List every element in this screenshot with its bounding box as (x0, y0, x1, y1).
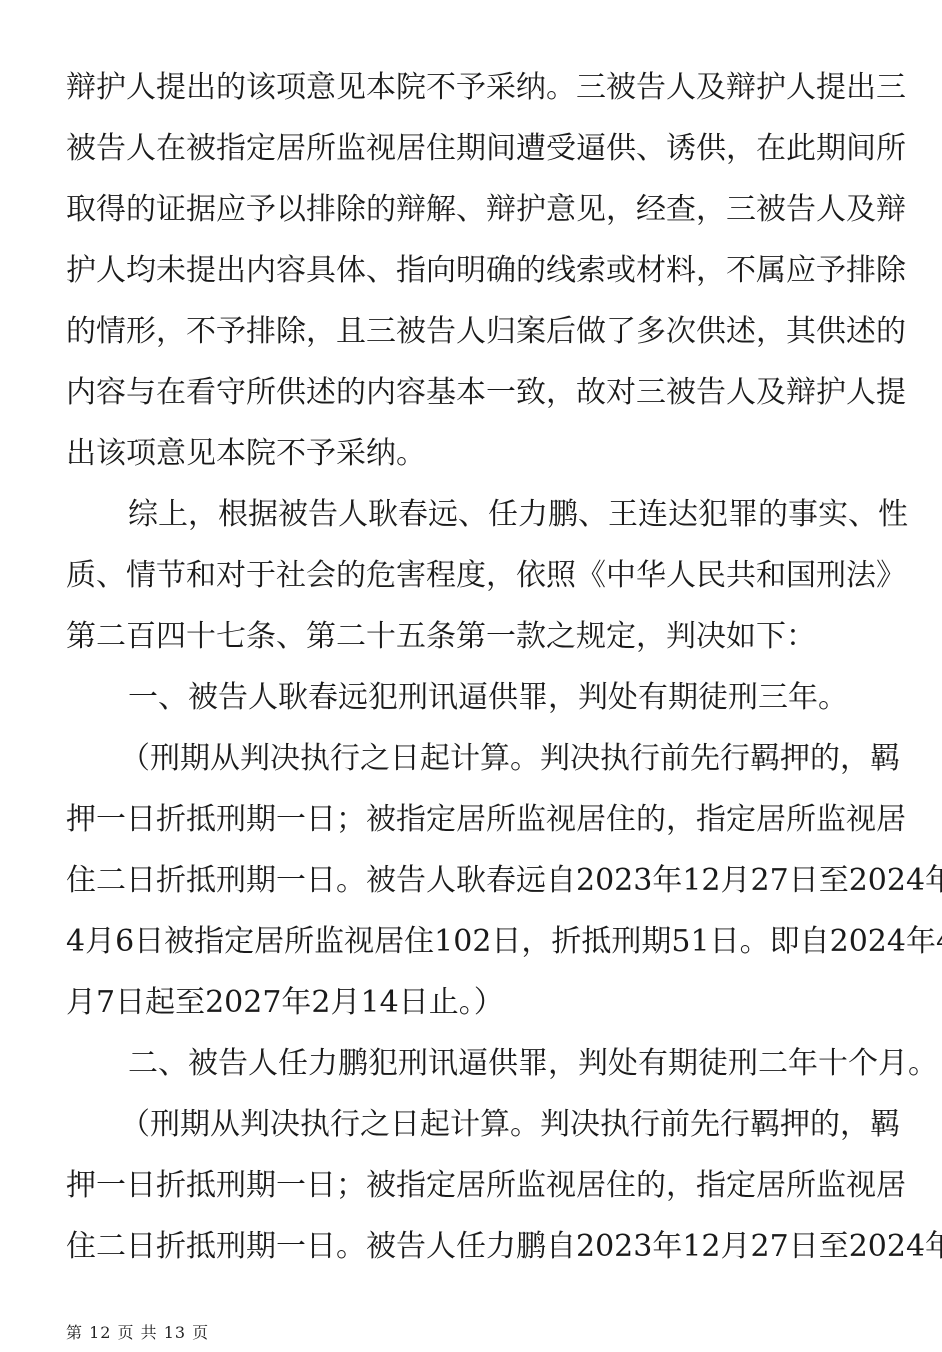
text-line: 出该项意见本院不予采纳。 (66, 434, 872, 474)
judgment-page: 辩护人提出的该项意见本院不予采纳。三被告人及辩护人提出三 被告人在被指定居所监视… (0, 0, 942, 1352)
text-line: 护人均未提出内容具体、指向明确的线索或材料，不属应予排除 (66, 251, 872, 291)
text-line: 取得的证据应予以排除的辩解、辩护意见，经查，三被告人及辩 (66, 190, 872, 230)
text-line: 月7日起至2027年2月14日止。） (66, 983, 872, 1023)
verdict-item-2: 二、被告人任力鹏犯刑讯逼供罪，判处有期徒刑二年十个月。 (128, 1044, 872, 1084)
text-line: 综上，根据被告人耿春远、任力鹏、王连达犯罪的事实、性 (128, 495, 872, 535)
text-line: 押一日折抵刑期一日；被指定居所监视居住的，指定居所监视居 (66, 800, 872, 840)
page-number: 第 12 页 共 13 页 (66, 1323, 209, 1343)
text-line: 住二日折抵刑期一日。被告人耿春远自2023年12月27日至2024年 (66, 861, 872, 901)
verdict-item-1: 一、被告人耿春远犯刑讯逼供罪，判处有期徒刑三年。 (128, 678, 872, 718)
text-line: 内容与在看守所供述的内容基本一致，故对三被告人及辩护人提 (66, 373, 872, 413)
text-line: 第二百四十七条、第二十五条第一款之规定，判决如下： (66, 617, 872, 657)
text-line: 辩护人提出的该项意见本院不予采纳。三被告人及辩护人提出三 (66, 68, 872, 108)
text-line: 的情形，不予排除，且三被告人归案后做了多次供述，其供述的 (66, 312, 872, 352)
text-line: 被告人在被指定居所监视居住期间遭受逼供、诱供，在此期间所 (66, 129, 872, 169)
text-line: 住二日折抵刑期一日。被告人任力鹏自2023年12月27日至2024年 (66, 1227, 872, 1267)
text-line: 4月6日被指定居所监视居住102日，折抵刑期51日。即自2024年4 (66, 922, 872, 962)
text-line: （刑期从判决执行之日起计算。判决执行前先行羁押的，羁 (120, 739, 872, 779)
text-line: （刑期从判决执行之日起计算。判决执行前先行羁押的，羁 (120, 1105, 872, 1145)
text-line: 质、情节和对于社会的危害程度，依照《中华人民共和国刑法》 (66, 556, 872, 596)
text-line: 押一日折抵刑期一日；被指定居所监视居住的，指定居所监视居 (66, 1166, 872, 1206)
